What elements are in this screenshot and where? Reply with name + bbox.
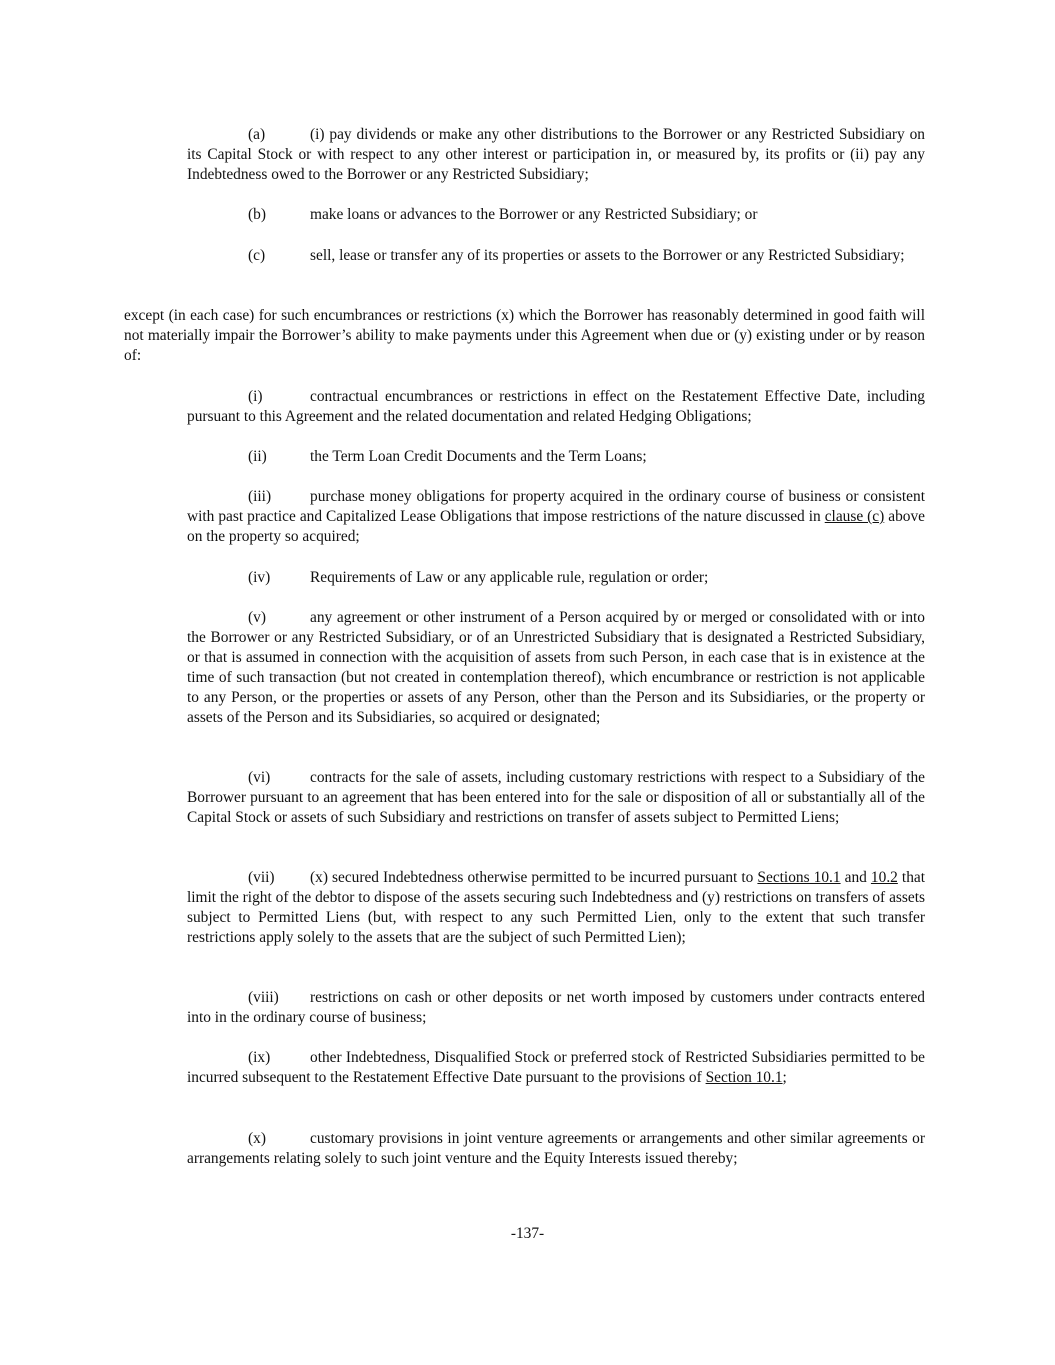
- clause-c-reference-link[interactable]: clause (c): [825, 508, 885, 525]
- clause-text: and: [841, 869, 871, 886]
- paragraph-iv: (iv)Requirements of Law or any applicabl…: [187, 568, 925, 588]
- clause-label: (iv): [248, 568, 310, 588]
- clause-label: (vii): [248, 868, 310, 888]
- clause-label: (vi): [248, 768, 310, 788]
- clause-label: (viii): [248, 988, 310, 1008]
- section-10-2-reference-link[interactable]: 10.2: [871, 869, 898, 886]
- paragraph-x: (x)customary provisions in joint venture…: [187, 1129, 925, 1169]
- clause-label: (ix): [248, 1048, 310, 1068]
- paragraph-i: (i)contractual encumbrances or restricti…: [187, 387, 925, 427]
- paragraph-a: (a)(i) pay dividends or make any other d…: [187, 125, 925, 185]
- page-number: -137-: [0, 1224, 1055, 1244]
- paragraph-iii: (iii)purchase money obligations for prop…: [187, 487, 925, 547]
- clause-label: (x): [248, 1129, 310, 1149]
- paragraph-text: except (in each case) for such encumbran…: [124, 307, 925, 364]
- clause-label: (a): [248, 125, 310, 145]
- paragraph-v: (v)any agreement or other instrument of …: [187, 608, 925, 728]
- clause-label: (i): [248, 387, 310, 407]
- clause-text: the Term Loan Credit Documents and the T…: [310, 448, 647, 465]
- paragraph-c: (c)sell, lease or transfer any of its pr…: [187, 246, 925, 266]
- clause-label: (b): [248, 205, 310, 225]
- paragraph-ix: (ix)other Indebtedness, Disqualified Sto…: [187, 1048, 925, 1088]
- clause-text: make loans or advances to the Borrower o…: [310, 206, 758, 223]
- document-page: (a)(i) pay dividends or make any other d…: [0, 0, 1055, 1365]
- clause-label: (ii): [248, 447, 310, 467]
- paragraph-ii: (ii)the Term Loan Credit Documents and t…: [187, 447, 925, 467]
- clause-label: (v): [248, 608, 310, 628]
- paragraph-viii: (viii)restrictions on cash or other depo…: [187, 988, 925, 1028]
- paragraph-vii: (vii)(x) secured Indebtedness otherwise …: [187, 868, 925, 948]
- sections-10-1-reference-link[interactable]: Sections 10.1: [757, 869, 840, 886]
- section-10-1-reference-link[interactable]: Section 10.1: [706, 1069, 783, 1086]
- clause-label: (c): [248, 246, 310, 266]
- clause-text: (x) secured Indebtedness otherwise permi…: [310, 869, 757, 886]
- clause-text: Requirements of Law or any applicable ru…: [310, 569, 708, 586]
- clause-label: (iii): [248, 487, 310, 507]
- clause-text: ;: [783, 1069, 787, 1086]
- paragraph-b: (b)make loans or advances to the Borrowe…: [187, 205, 925, 225]
- clause-text: sell, lease or transfer any of its prope…: [310, 247, 905, 264]
- paragraph-except: except (in each case) for such encumbran…: [124, 306, 925, 366]
- paragraph-vi: (vi)contracts for the sale of assets, in…: [187, 768, 925, 828]
